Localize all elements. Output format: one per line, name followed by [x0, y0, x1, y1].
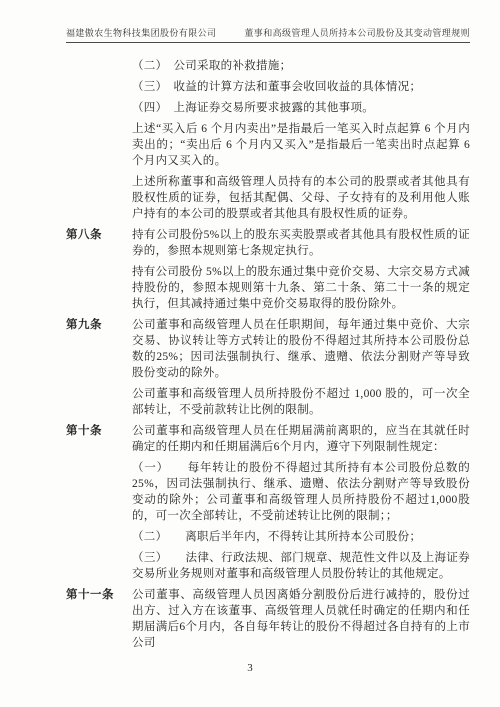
- article-label: [66, 174, 132, 222]
- article-label: [66, 79, 132, 95]
- block-text: （二） 离职后半年内，不得转让其所持本公司股份；: [132, 529, 470, 545]
- article-label: 第十一条: [66, 587, 132, 651]
- page-header: 福建傲农生物科技集团股份有限公司 董事和高级管理人员所持本公司股份及其变动管理规…: [66, 26, 470, 43]
- text-block: （二） 离职后半年内，不得转让其所持本公司股份；: [66, 529, 470, 545]
- text-block: （二） 公司采取的补救措施；: [66, 58, 470, 74]
- text-block: 公司董事和高级管理人员所持股份不超过 1,000 股的，可一次全部转让，不受前款…: [66, 386, 470, 418]
- block-text: （一） 每年转让的股份不得超过其所持有本公司股份总数的25%，因司法强制执行、继…: [132, 460, 470, 524]
- text-block: （四） 上海证券交易所要求披露的其他事项。: [66, 100, 470, 116]
- article-label: 第八条: [66, 227, 132, 259]
- article-label: [66, 58, 132, 74]
- header-company-name: 福建傲农生物科技集团股份有限公司: [66, 26, 216, 39]
- block-text: （三） 法律、行政法规、部门规章、规范性文件以及上海证券交易所业务规则对董事和高…: [132, 550, 470, 582]
- block-text: 公司董事和高级管理人员在任职期间，每年通过集中竞价、大宗交易、协议转让等方式转让…: [132, 317, 470, 381]
- text-block: 第十条 公司董事和高级管理人员在任期届满前离职的，应当在其就任时确定的任期内和任…: [66, 423, 470, 455]
- header-doc-title: 董事和高级管理人员所持本公司股份及其变动管理规则: [244, 26, 470, 39]
- text-block: （一） 每年转让的股份不得超过其所持有本公司股份总数的25%，因司法强制执行、继…: [66, 460, 470, 524]
- article-label: [66, 529, 132, 545]
- text-block: 第九条 公司董事和高级管理人员在任职期间，每年通过集中竞价、大宗交易、协议转让等…: [66, 317, 470, 381]
- article-label: 第十条: [66, 423, 132, 455]
- text-block: （三） 收益的计算方法和董事会收回收益的具体情况；: [66, 79, 470, 95]
- article-label: [66, 100, 132, 116]
- block-text: （二） 公司采取的补救措施；: [132, 58, 470, 74]
- article-label: [66, 460, 132, 524]
- block-text: 公司董事、高级管理人员因离婚分割股份后进行减持的，股份过出方、过入方在该董事、高…: [132, 587, 470, 651]
- page-footer: 3: [0, 662, 500, 674]
- document-page: 福建傲农生物科技集团股份有限公司 董事和高级管理人员所持本公司股份及其变动管理规…: [0, 0, 500, 707]
- document-body: （二） 公司采取的补救措施； （三） 收益的计算方法和董事会收回收益的具体情况；…: [66, 58, 470, 656]
- block-text: 公司董事和高级管理人员在任期届满前离职的，应当在其就任时确定的任期内和任期届满后…: [132, 423, 470, 455]
- text-block: （三） 法律、行政法规、部门规章、规范性文件以及上海证券交易所业务规则对董事和高…: [66, 550, 470, 582]
- text-block: 第八条 持有公司股份5%以上的股东买卖股票或者其他具有股权性质的证券的，参照本规…: [66, 227, 470, 259]
- text-block: 上述“买入后 6 个月内卖出”是指最后一笔买入时点起算 6 个月内卖出的；“卖出…: [66, 121, 470, 169]
- article-label: [66, 121, 132, 169]
- block-text: 持有公司股份5%以上的股东买卖股票或者其他具有股权性质的证券的，参照本规则第七条…: [132, 227, 470, 259]
- text-block: 上述所称董事和高级管理人员持有的本公司的股票或者其他具有股权性质的证券，包括其配…: [66, 174, 470, 222]
- text-block: 第十一条 公司董事、高级管理人员因离婚分割股份后进行减持的，股份过出方、过入方在…: [66, 587, 470, 651]
- article-label: [66, 264, 132, 312]
- block-text: （三） 收益的计算方法和董事会收回收益的具体情况；: [132, 79, 470, 95]
- block-text: 持有公司股份 5%以上的股东通过集中竞价交易、大宗交易方式减持股份的，参照本规则…: [132, 264, 470, 312]
- article-label: [66, 386, 132, 418]
- text-block: 持有公司股份 5%以上的股东通过集中竞价交易、大宗交易方式减持股份的，参照本规则…: [66, 264, 470, 312]
- article-label: [66, 550, 132, 582]
- article-label: 第九条: [66, 317, 132, 381]
- page-number: 3: [247, 662, 253, 674]
- block-text: 公司董事和高级管理人员所持股份不超过 1,000 股的，可一次全部转让，不受前款…: [132, 386, 470, 418]
- block-text: （四） 上海证券交易所要求披露的其他事项。: [132, 100, 470, 116]
- block-text: 上述所称董事和高级管理人员持有的本公司的股票或者其他具有股权性质的证券，包括其配…: [132, 174, 470, 222]
- block-text: 上述“买入后 6 个月内卖出”是指最后一笔买入时点起算 6 个月内卖出的；“卖出…: [132, 121, 470, 169]
